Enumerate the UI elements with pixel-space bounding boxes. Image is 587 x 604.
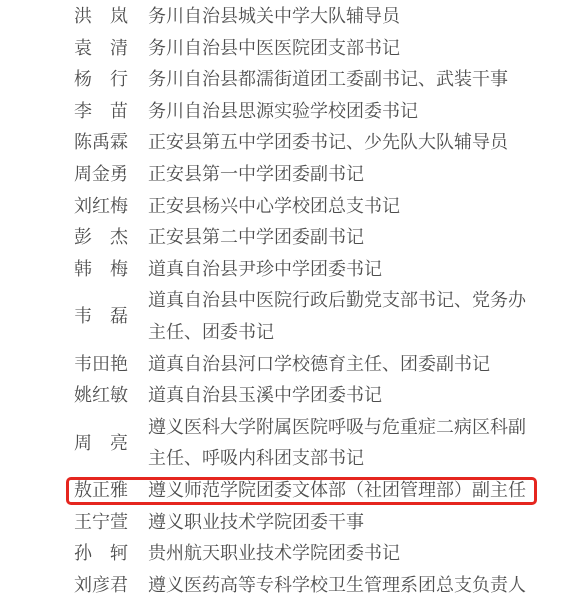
duty-line: 正安县杨兴中心学校团总支书记 (148, 191, 400, 223)
roster-row: 陈禹霖 正安县第五中学团委书记、少先队大队辅导员 (74, 127, 587, 159)
highlighted-roster-row: 敖正雅 遵义师范学院团委文体部（社团管理部）副主任 (66, 477, 537, 505)
person-duty: 遵义职业技术学院团委干事 (148, 507, 364, 539)
duty-line: 道真自治县尹珍中学团委书记 (148, 254, 382, 286)
person-duty: 道真自治县中医院行政后勤党支部书记、党务办主任、团委书记 (148, 285, 526, 348)
duty-line: 遵义医药高等专科学校卫生管理系团总支负责人 (148, 570, 526, 602)
roster-row: 韦田艳 道真自治县河口学校德育主任、团委副书记 (74, 349, 587, 381)
duty-line: 遵义职业技术学院团委干事 (148, 507, 364, 539)
roster-row: 周 亮 遵义医科大学附属医院呼吸与危重症二病区科副主任、呼吸内科团支部书记 (74, 412, 587, 475)
person-duty: 务川自治县思源实验学校团委书记 (148, 96, 418, 128)
person-name: 李 苗 (74, 96, 128, 128)
person-name: 韦 磊 (74, 301, 128, 333)
person-duty: 务川自治县都濡街道团工委副书记、武装干事 (148, 64, 508, 96)
person-name: 杨 行 (74, 64, 128, 96)
duty-line: 正安县第一中学团委副书记 (148, 159, 364, 191)
duty-line: 道真自治县河口学校德育主任、团委副书记 (148, 349, 490, 381)
roster-row: 彭 杰 正安县第二中学团委副书记 (74, 222, 587, 254)
roster-row: 韩 梅 道真自治县尹珍中学团委书记 (74, 254, 587, 286)
person-duty: 正安县杨兴中心学校团总支书记 (148, 191, 400, 223)
roster-row: 王宁萱 遵义职业技术学院团委干事 (74, 507, 587, 539)
document-page: 洪 岚 务川自治县城关中学大队辅导员 袁 清 务川自治县中医医院团支部书记 杨 … (0, 0, 587, 604)
person-duty: 道真自治县尹珍中学团委书记 (148, 254, 382, 286)
roster-row: 洪 岚 务川自治县城关中学大队辅导员 (74, 1, 587, 33)
duty-line: 务川自治县城关中学大队辅导员 (148, 1, 400, 33)
person-duty: 遵义医药高等专科学校卫生管理系团总支负责人 (148, 570, 526, 602)
roster-row: 刘红梅 正安县杨兴中心学校团总支书记 (74, 191, 587, 223)
person-duty: 正安县第五中学团委书记、少先队大队辅导员 (148, 127, 508, 159)
person-duty: 贵州航天职业技术学院团委书记 (148, 538, 400, 570)
roster-row: 袁 清 务川自治县中医医院团支部书记 (74, 33, 587, 65)
duty-line: 道真自治县中医院行政后勤党支部书记、党务办 (148, 285, 526, 317)
duty-line: 务川自治县思源实验学校团委书记 (148, 96, 418, 128)
person-duty: 正安县第一中学团委副书记 (148, 159, 364, 191)
person-name: 刘彦君 (74, 570, 128, 602)
person-name: 彭 杰 (74, 222, 128, 254)
person-name: 袁 清 (74, 33, 128, 65)
person-duty: 遵义师范学院团委文体部（社团管理部）副主任 (148, 480, 526, 502)
duty-line: 正安县第五中学团委书记、少先队大队辅导员 (148, 127, 508, 159)
duty-line: 主任、呼吸内科团支部书记 (148, 443, 526, 475)
person-duty: 务川自治县中医医院团支部书记 (148, 33, 400, 65)
duty-line: 正安县第二中学团委副书记 (148, 222, 364, 254)
person-duty: 道真自治县河口学校德育主任、团委副书记 (148, 349, 490, 381)
duty-line: 主任、团委书记 (148, 317, 526, 349)
person-name: 姚红敏 (74, 380, 128, 412)
duty-line: 遵义医科大学附属医院呼吸与危重症二病区科副 (148, 412, 526, 444)
roster-row: 周金勇 正安县第一中学团委副书记 (74, 159, 587, 191)
person-duty: 务川自治县城关中学大队辅导员 (148, 1, 400, 33)
roster-row: 姚红敏 道真自治县玉溪中学团委书记 (74, 380, 587, 412)
person-duty: 道真自治县玉溪中学团委书记 (148, 380, 382, 412)
roster-row: 韦 磊 道真自治县中医院行政后勤党支部书记、党务办主任、团委书记 (74, 285, 587, 348)
person-name: 周 亮 (74, 428, 128, 460)
person-name: 王宁萱 (74, 507, 128, 539)
person-name: 韦田艳 (74, 349, 128, 381)
roster-row: 孙 轲 贵州航天职业技术学院团委书记 (74, 538, 587, 570)
duty-line: 务川自治县中医医院团支部书记 (148, 33, 400, 65)
duty-line: 务川自治县都濡街道团工委副书记、武装干事 (148, 64, 508, 96)
roster-list: 洪 岚 务川自治县城关中学大队辅导员 袁 清 务川自治县中医医院团支部书记 杨 … (0, 0, 587, 601)
roster-row: 李 苗 务川自治县思源实验学校团委书记 (74, 96, 587, 128)
roster-row: 杨 行 务川自治县都濡街道团工委副书记、武装干事 (74, 64, 587, 96)
person-name: 洪 岚 (74, 1, 128, 33)
person-duty: 正安县第二中学团委副书记 (148, 222, 364, 254)
duty-line: 道真自治县玉溪中学团委书记 (148, 380, 382, 412)
person-name: 韩 梅 (74, 254, 128, 286)
person-name: 周金勇 (74, 159, 128, 191)
person-name: 刘红梅 (74, 191, 128, 223)
person-name: 敖正雅 (74, 480, 128, 502)
person-name: 陈禹霖 (74, 127, 128, 159)
roster-row: 刘彦君 遵义医药高等专科学校卫生管理系团总支负责人 (74, 570, 587, 602)
person-duty: 遵义医科大学附属医院呼吸与危重症二病区科副主任、呼吸内科团支部书记 (148, 412, 526, 475)
duty-line: 遵义师范学院团委文体部（社团管理部）副主任 (148, 480, 526, 502)
duty-line: 贵州航天职业技术学院团委书记 (148, 538, 400, 570)
person-name: 孙 轲 (74, 538, 128, 570)
